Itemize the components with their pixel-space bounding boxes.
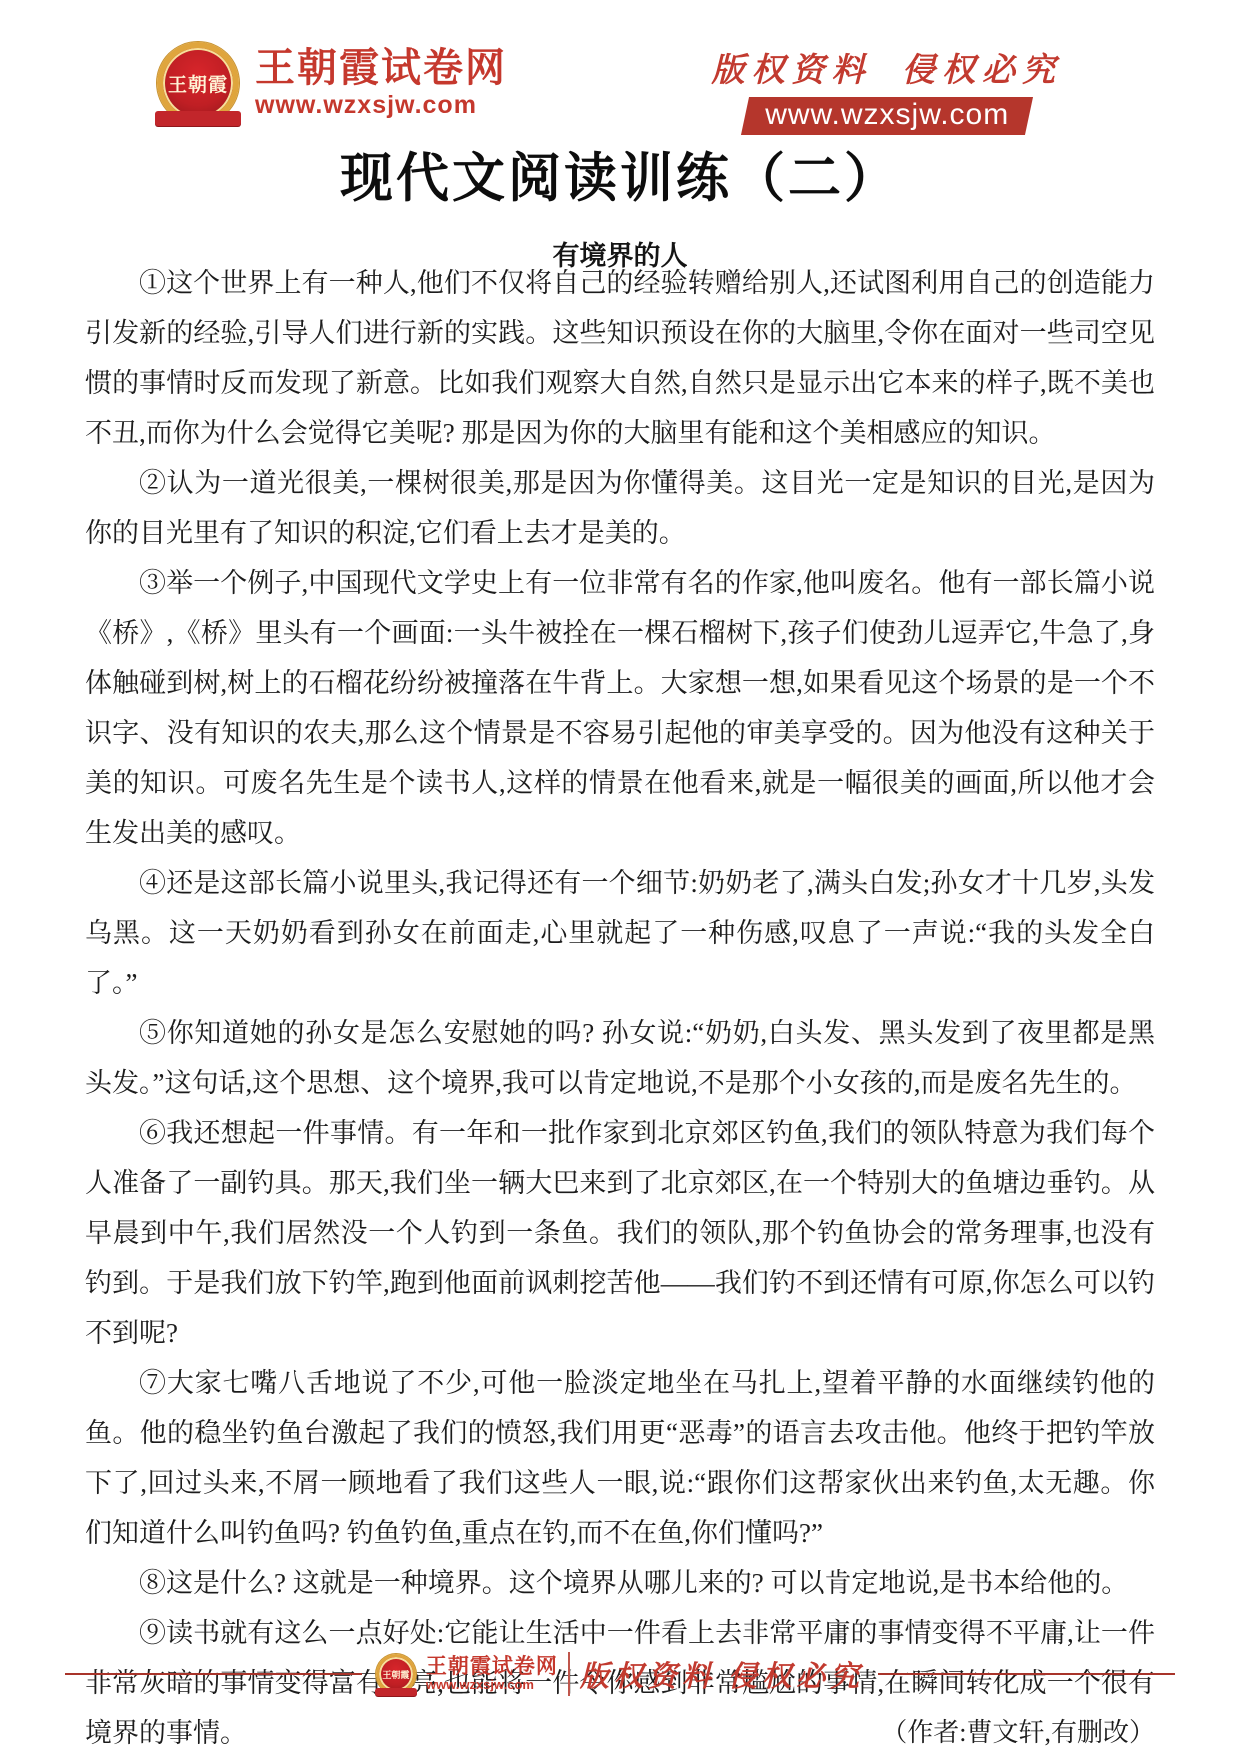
paragraph: ②认为一道光很美,一棵树很美,那是因为你懂得美。这目光一定是知识的目光,是因为你… (85, 458, 1155, 558)
brand-logo-badge-icon: 王朝霞 (157, 42, 239, 124)
paragraph: ⑥我还想起一件事情。有一年和一批作家到北京郊区钓鱼,我们的领队特意为我们每个人准… (85, 1108, 1155, 1358)
footer-rule-left (65, 1673, 362, 1675)
footer: 王朝霞 王朝霞试卷网 www.wzxsjw.com 版权资料 侵权必究 (65, 1652, 1175, 1696)
url-banner: www.wzxsjw.com (741, 97, 1033, 135)
footer-center: 王朝霞 王朝霞试卷网 www.wzxsjw.com 版权资料 侵权必究 (376, 1652, 864, 1696)
header-left: 王朝霞 王朝霞试卷网 www.wzxsjw.com (157, 42, 507, 124)
paragraph: ①这个世界上有一种人,他们不仅将自己的经验转赠给别人,还试图利用自己的创造能力引… (85, 258, 1155, 458)
footer-logo-badge-icon: 王朝霞 (376, 1654, 416, 1694)
footer-brand-url: www.wzxsjw.com (426, 1678, 558, 1692)
paragraph: ③举一个例子,中国现代文学史上有一位非常有名的作家,他叫废名。他有一部长篇小说《… (85, 558, 1155, 858)
brand-name: 王朝霞试卷网 (255, 47, 507, 89)
footer-logo-badge-text: 王朝霞 (382, 1668, 409, 1681)
header-right: 版权资料 侵权必究 www.wzxsjw.com (712, 44, 1063, 135)
paragraph: ⑧这是什么? 这就是一种境界。这个境界从哪儿来的? 可以肯定地说,是书本给他的。 (85, 1558, 1155, 1608)
footer-slogan: 版权资料 侵权必究 (580, 1654, 864, 1695)
footer-logo-ribbon-icon (375, 1688, 417, 1696)
brand-url: www.wzxsjw.com (255, 91, 507, 120)
footer-brand-name: 王朝霞试卷网 (426, 1655, 558, 1678)
footer-brand-stack: 王朝霞试卷网 www.wzxsjw.com (426, 1655, 558, 1692)
brand-logo-badge-text: 王朝霞 (168, 70, 228, 97)
paragraph: ④还是这部长篇小说里头,我记得还有一个细节:奶奶老了,满头白发;孙女才十几岁,头… (85, 858, 1155, 1008)
url-banner-text: www.wzxsjw.com (765, 98, 1009, 132)
brand-logo-ribbon-icon (155, 111, 241, 126)
brand-text-stack: 王朝霞试卷网 www.wzxsjw.com (255, 47, 507, 120)
paragraph: ⑤你知道她的孙女是怎么安慰她的吗? 孙女说:“奶奶,白头发、黑头发到了夜里都是黑… (85, 1008, 1155, 1108)
footer-rule-right (878, 1673, 1175, 1675)
article-body: ①这个世界上有一种人,他们不仅将自己的经验转赠给别人,还试图利用自己的创造能力引… (85, 258, 1155, 1753)
paragraph: ⑦大家七嘴八舌地说了不少,可他一脸淡定地坐在马扎上,望着平静的水面继续钓他的鱼。… (85, 1358, 1155, 1558)
copyright-slogan: 版权资料 侵权必究 (712, 44, 1063, 91)
footer-divider (568, 1652, 570, 1696)
page-title: 现代文阅读训练（二） (0, 136, 1240, 212)
